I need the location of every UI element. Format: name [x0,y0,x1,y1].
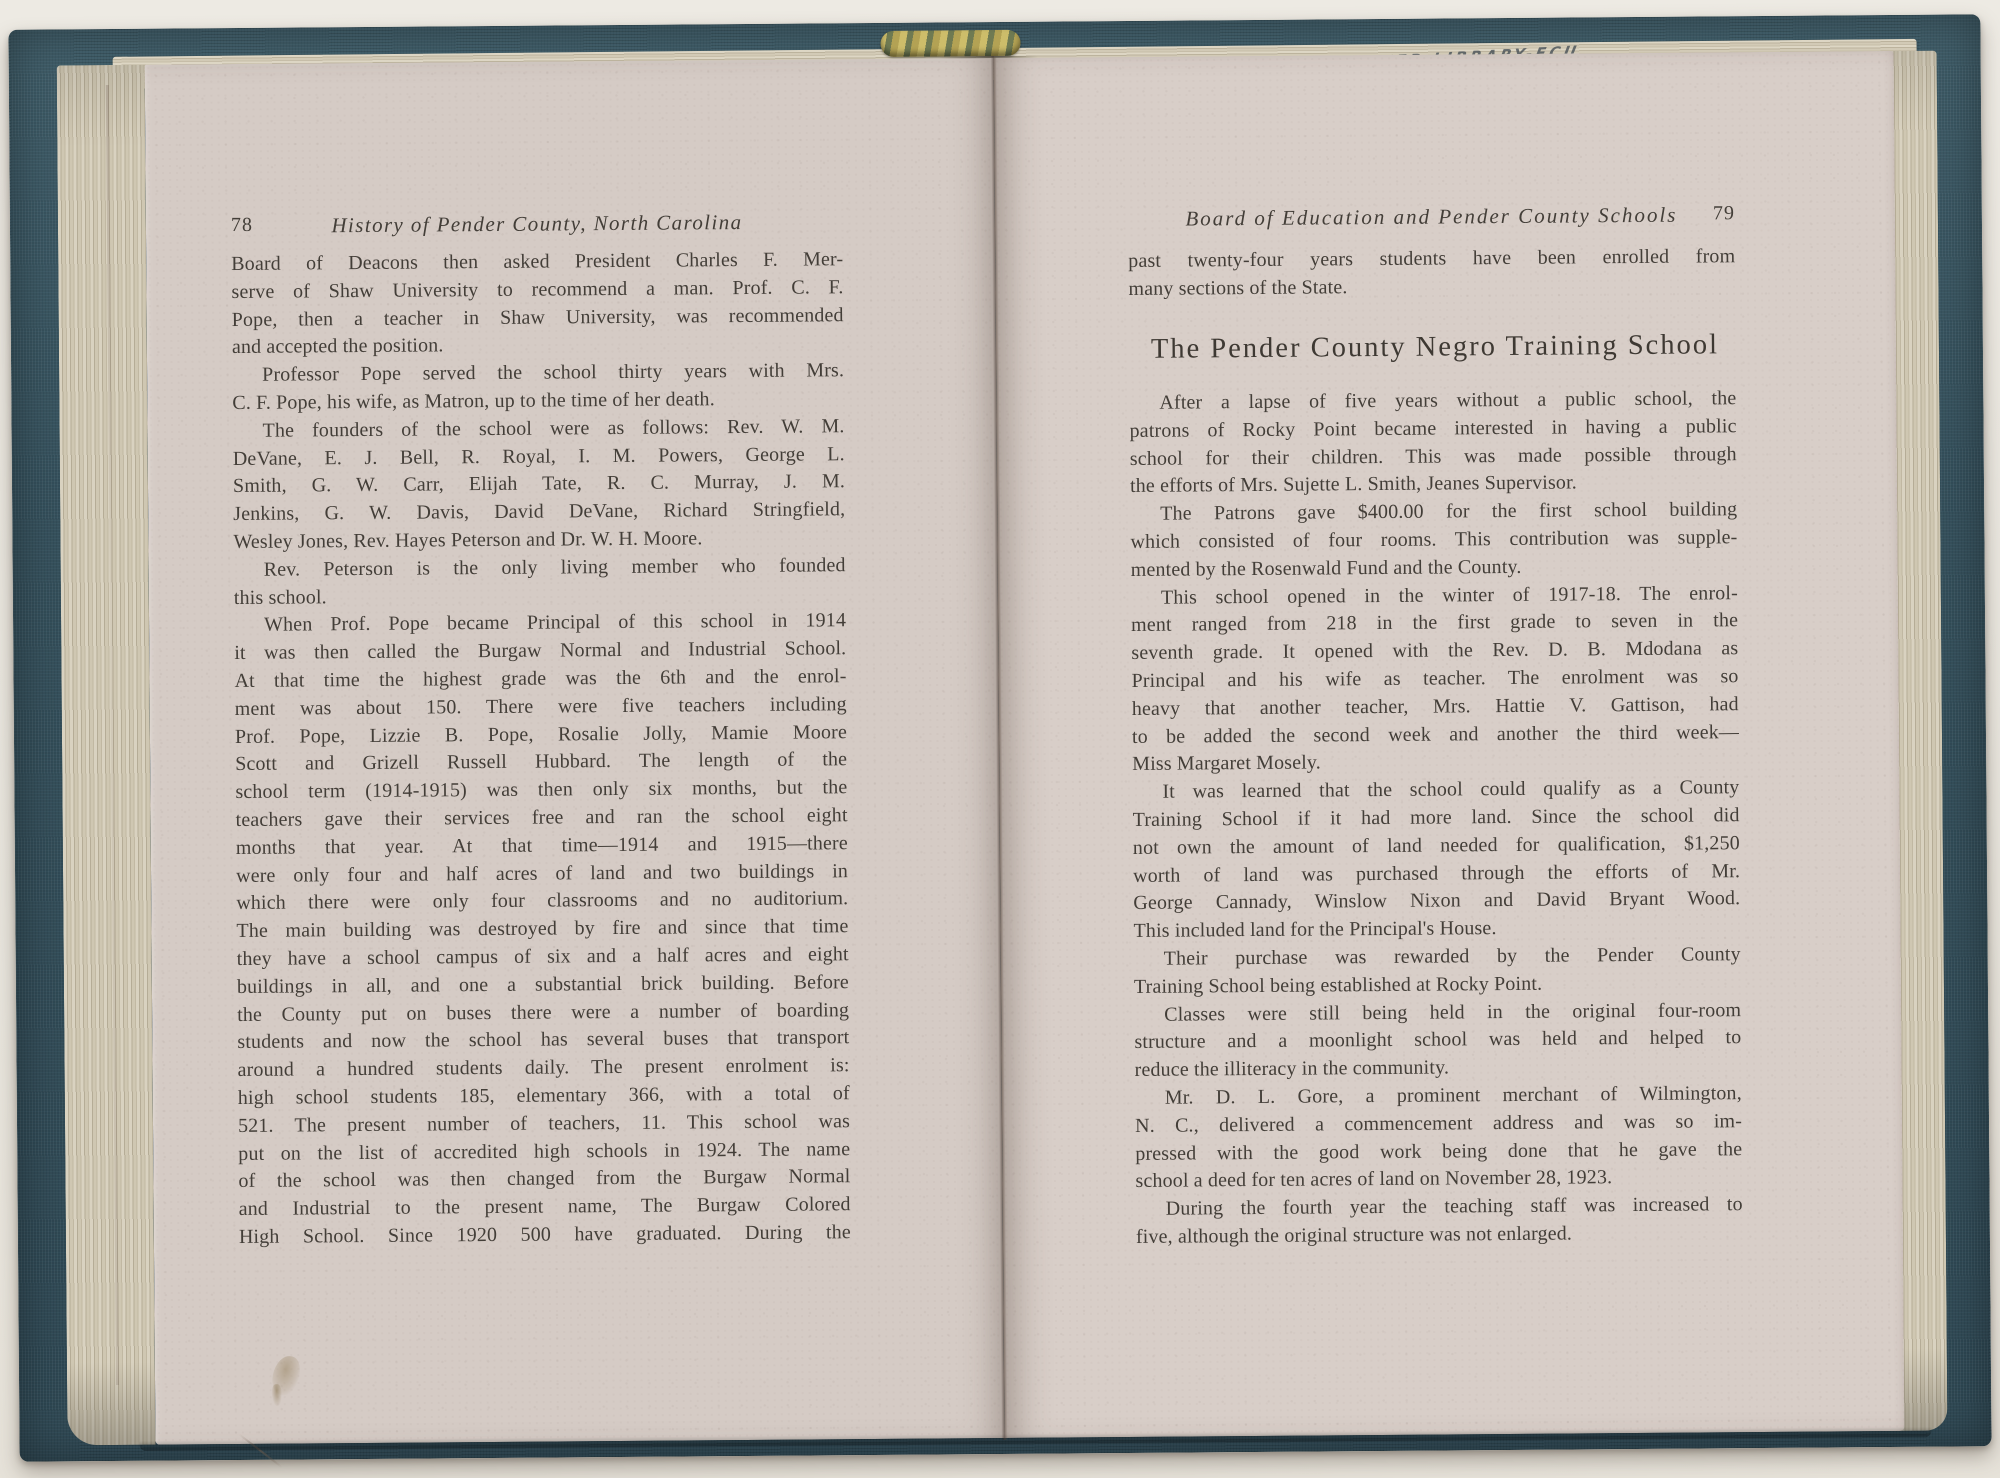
left-page: 78 History of Pender County, North Carol… [145,58,1005,1445]
stain-mark [269,1353,302,1397]
text-line: The founders of the school were as follo… [232,413,844,446]
text-line: At that time the highest grade was the 6… [234,663,846,696]
left-fore-edge-pages [57,65,156,1446]
text-line: 521. The present number of teachers, 11.… [238,1108,850,1141]
text-line: serve of Shaw University to recommend a … [231,274,843,307]
edge-crease [106,85,119,1385]
running-head-right: Board of Education and Pender County Sch… [1128,202,1735,237]
text-line: school for their children. This was made… [1130,441,1737,474]
text-line: George Cannady, Winslow Nixon and David … [1133,886,1740,919]
page-number-left: 78 [231,214,253,237]
text-line: High School. Since 1920 500 have graduat… [239,1219,851,1252]
text-line: months that year. At that time—1914 and … [236,830,848,863]
text-line: Training School if it had more land. Sin… [1133,802,1740,835]
text-line: After a lapse of five years without a pu… [1129,385,1736,418]
text-line: Professor Pope served the school thirty … [232,357,844,390]
book-cover: JOYNER LIBRARY-ECU 78 History of Pender … [8,14,1991,1461]
text-line: Principal and his wife as teacher. The e… [1131,663,1738,696]
section-heading: The Pender County Negro Training School [1129,328,1741,367]
running-title-left: History of Pender County, North Carolina [231,209,843,239]
right-page-intro: past twenty-four years students have bee… [1128,243,1735,303]
headband [880,30,1020,57]
text-line: Their purchase was rewarded by the Pende… [1134,941,1741,974]
right-page-body: After a lapse of five years without a pu… [1129,385,1743,1251]
text-line: five, although the original structure wa… [1136,1219,1743,1252]
text-line: many sections of the State. [1128,271,1735,304]
scan-background: JOYNER LIBRARY-ECU 78 History of Pender … [0,0,2000,1478]
text-line: N. C., delivered a commencement address … [1135,1108,1742,1141]
text-line: past twenty-four years students have bee… [1128,243,1735,276]
stain-tail [271,1384,282,1406]
text-line: heavy that another teacher, Mrs. Hattie … [1132,691,1739,724]
running-head-left: 78 History of Pender County, North Carol… [231,209,843,244]
running-title-right: Board of Education and Pender County Sch… [1128,202,1735,232]
text-line: high school students 185, elementary 366… [238,1080,850,1113]
text-line: Mr. D. L. Gore, a prominent merchant of … [1135,1080,1742,1113]
right-page: Board of Education and Pender County Sch… [994,51,1905,1438]
text-line: Rev. Peterson is the only living member … [234,552,846,585]
text-line: Jenkins, G. W. Davis, David DeVane, Rich… [233,496,845,529]
left-page-body: Board of Deacons then asked President Ch… [231,246,851,1251]
text-line: patrons of Rocky Point became interested… [1129,413,1736,446]
text-line: Pope, then a teacher in Shaw University,… [232,302,844,335]
text-line: ment was about 150. There were five teac… [235,691,847,724]
text-line: not own the amount of land needed for qu… [1133,830,1740,863]
text-line: buildings in all, and one a substantial … [237,969,849,1002]
text-line: During the fourth year the teaching staf… [1136,1191,1743,1224]
text-line: to be added the second week and another … [1132,719,1739,752]
text-line: structure and a moonlight school was hel… [1134,1025,1741,1058]
text-line: teachers gave their services free and ra… [236,802,848,835]
text-line: which consisted of four rooms. This cont… [1130,524,1737,557]
text-line: pressed with the good work being done th… [1135,1136,1742,1169]
page-number-right: 79 [1713,202,1735,225]
text-line: they have a school campus of six and a h… [237,941,849,974]
